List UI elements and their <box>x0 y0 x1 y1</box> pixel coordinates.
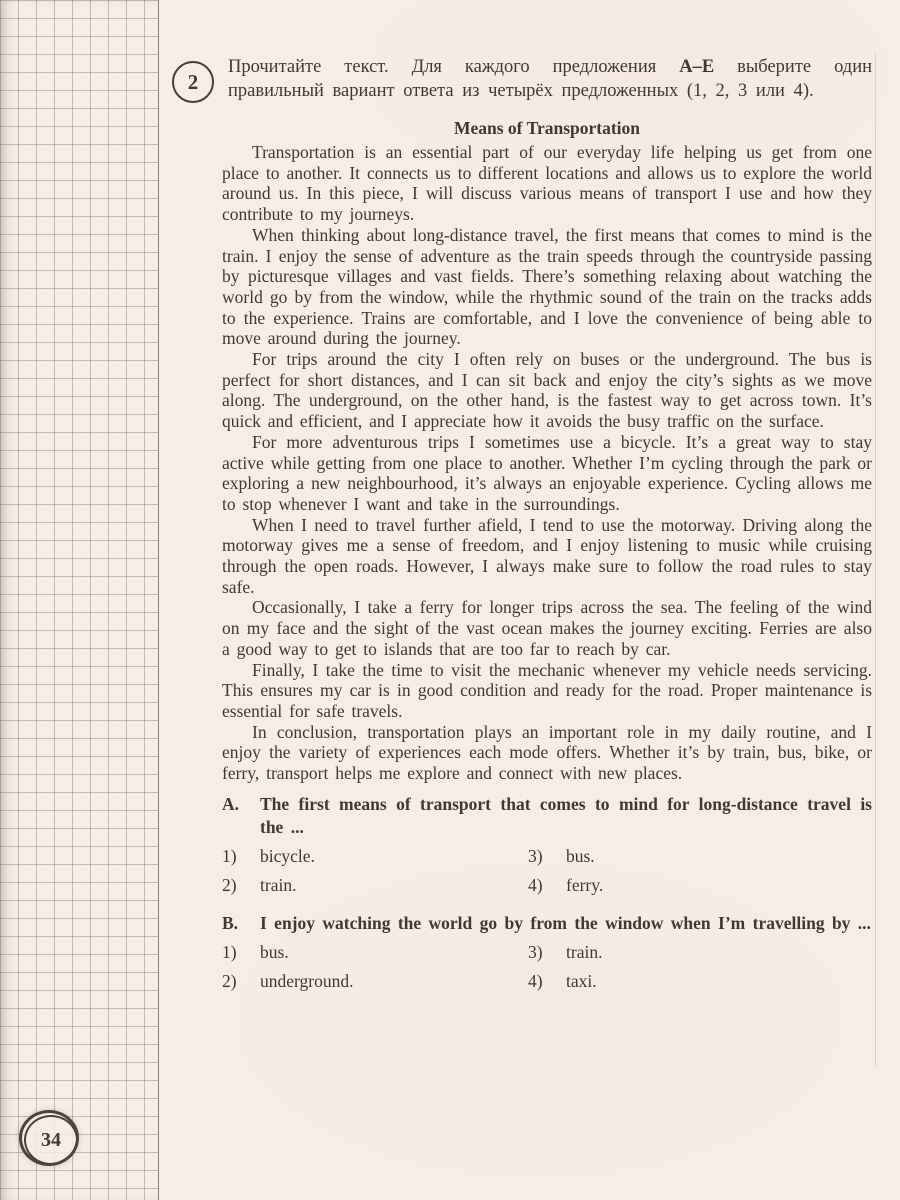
option-a3: 3) bus. <box>528 842 872 871</box>
option-b4-number: 4) <box>528 967 566 996</box>
page-number-badge: 34 <box>19 1110 79 1166</box>
task-number: 2 <box>188 70 199 95</box>
paragraph-7: Finally, I take the time to visit the me… <box>222 660 872 722</box>
question-b-label: B. <box>222 912 260 935</box>
page-divider-line <box>158 0 159 1200</box>
option-a4-text: ferry. <box>566 871 603 900</box>
option-a2: 2) train. <box>222 871 528 900</box>
question-a-options: 1) bicycle. 3) bus. 2) train. 4) ferry. <box>222 842 872 900</box>
paragraph-5: When I need to travel further afield, I … <box>222 515 872 598</box>
question-a-label: A. <box>222 793 260 839</box>
option-a3-number: 3) <box>528 842 566 871</box>
paragraph-1: Transportation is an essential part of o… <box>222 142 872 225</box>
paragraph-4: For more adventurous trips I sometimes u… <box>222 432 872 515</box>
question-b: B. I enjoy watching the world go by from… <box>222 912 872 935</box>
paragraph-8: In conclusion, transportation plays an i… <box>222 722 872 784</box>
paragraph-2: When thinking about long-distance travel… <box>222 225 872 349</box>
option-a2-number: 2) <box>222 871 260 900</box>
option-b3: 3) train. <box>528 938 872 967</box>
task-number-badge: 2 <box>172 61 214 103</box>
question-b-options: 1) bus. 3) train. 2) underground. 4) tax… <box>222 938 872 996</box>
text-title: Means of Transportation <box>222 118 872 139</box>
option-b4: 4) taxi. <box>528 967 872 996</box>
option-a3-text: bus. <box>566 842 595 871</box>
page-number: 34 <box>24 1115 78 1165</box>
option-b1-number: 1) <box>222 938 260 967</box>
option-a1-number: 1) <box>222 842 260 871</box>
option-b4-text: taxi. <box>566 967 597 996</box>
question-a-prompt: The first means of transport that comes … <box>260 793 872 839</box>
option-b3-number: 3) <box>528 938 566 967</box>
question-a: A. The first means of transport that com… <box>222 793 872 839</box>
question-b-prompt: I enjoy watching the world go by from th… <box>260 912 872 935</box>
option-a4-number: 4) <box>528 871 566 900</box>
instruction-letter-range: А–Е <box>679 57 714 77</box>
paragraph-6: Occasionally, I take a ferry for longer … <box>222 597 872 659</box>
main-column: Прочитайте текст. Для каждого предложени… <box>222 56 872 996</box>
option-a1: 1) bicycle. <box>222 842 528 871</box>
grid-paper-margin <box>0 0 158 1200</box>
option-b1-text: bus. <box>260 938 289 967</box>
option-b3-text: train. <box>566 938 602 967</box>
instruction-text-start: Прочитайте текст. Для каждого предложени… <box>228 57 679 77</box>
option-b2-number: 2) <box>222 967 260 996</box>
task-instruction: Прочитайте текст. Для каждого предложени… <box>228 56 872 103</box>
option-a2-text: train. <box>260 871 296 900</box>
textbook-page: 2 Прочитайте текст. Для каждого предложе… <box>0 0 900 1200</box>
option-a4: 4) ferry. <box>528 871 872 900</box>
option-a1-text: bicycle. <box>260 842 315 871</box>
option-b2: 2) underground. <box>222 967 528 996</box>
option-b1: 1) bus. <box>222 938 528 967</box>
paragraph-3: For trips around the city I often rely o… <box>222 349 872 432</box>
right-margin-line <box>875 52 876 1067</box>
option-b2-text: underground. <box>260 967 353 996</box>
